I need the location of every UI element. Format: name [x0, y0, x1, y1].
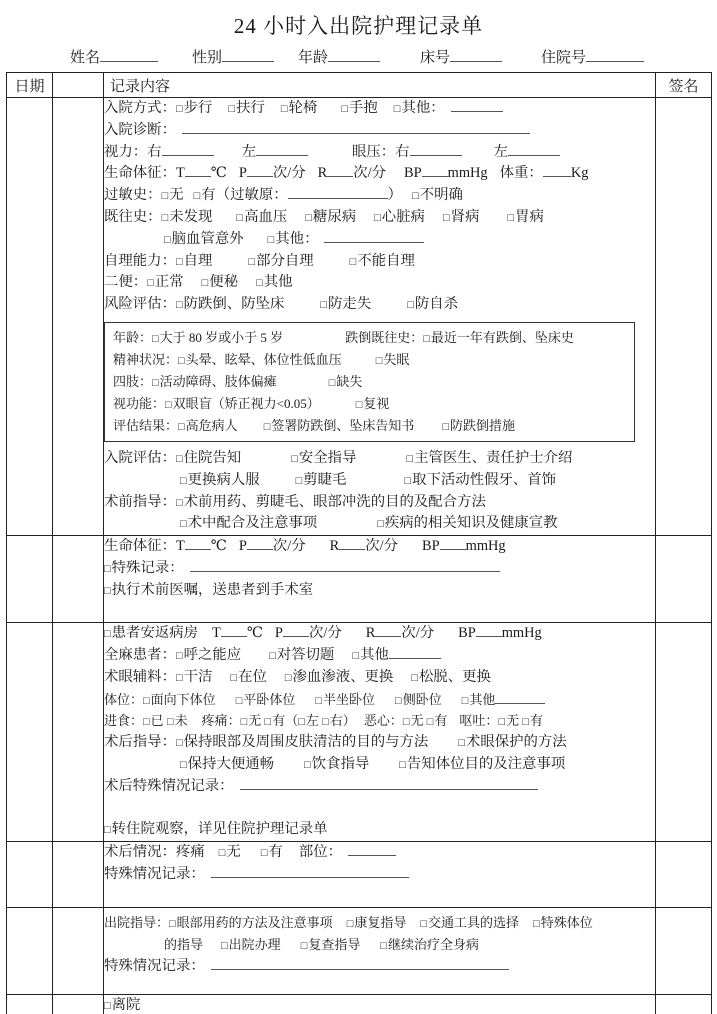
special-record-input[interactable] [190, 558, 500, 572]
preop-line: 术前指导：□术前用药、剪睫毛、眼部冲洗的目的及配合方法 [104, 492, 655, 514]
checkbox-icon[interactable]: □ [165, 394, 172, 416]
checkbox-icon[interactable]: □ [304, 755, 311, 777]
preop-execute-line: □执行术前医嘱，送患者到手术室 [104, 580, 655, 602]
time-cell[interactable] [53, 536, 104, 623]
checkbox-icon[interactable]: □ [407, 295, 414, 317]
checkbox-icon[interactable]: □ [395, 691, 402, 713]
checkbox-icon[interactable]: □ [411, 668, 418, 690]
checkbox-icon[interactable]: □ [162, 186, 169, 208]
checkbox-icon[interactable]: □ [281, 99, 288, 121]
checkbox-icon[interactable]: □ [347, 914, 354, 936]
checkbox-icon[interactable]: □ [423, 328, 430, 350]
post-status-content: 术后情况：疼痛□无□有部位： 特殊情况记录： [104, 842, 656, 908]
checkbox-icon[interactable]: □ [376, 350, 383, 372]
post-special-input[interactable] [211, 864, 409, 878]
checkbox-icon[interactable]: □ [403, 712, 410, 734]
checkbox-icon[interactable]: □ [356, 394, 363, 416]
pain-site-input[interactable] [348, 842, 396, 856]
date-cell[interactable] [7, 623, 53, 842]
checkbox-icon[interactable]: □ [176, 646, 183, 668]
checkbox-icon[interactable]: □ [420, 914, 427, 936]
checkbox-icon[interactable]: □ [104, 624, 111, 646]
checkbox-icon[interactable]: □ [305, 208, 312, 230]
date-cell[interactable] [7, 908, 53, 995]
diagnosis-input[interactable] [182, 120, 530, 134]
dressing-line: 术眼辅料：□干洁□在位□渗血渗液、更换□松脱、更换 [104, 667, 655, 689]
signature-cell[interactable] [656, 623, 712, 842]
respiration-input[interactable] [375, 623, 401, 637]
admission-no-label: 住院号 [541, 50, 586, 66]
checkbox-icon[interactable]: □ [315, 691, 322, 713]
time-cell[interactable] [53, 98, 104, 536]
preop-line-2: □术中配合及注意事项□疾病的相关知识及健康宣教 [104, 513, 655, 535]
checkbox-icon[interactable]: □ [176, 252, 183, 274]
table-row-admission: 入院方式：□步行□扶行□轮椅□手抱□其他： 入院诊断： 视力：右左眼压：右左 生… [7, 98, 712, 536]
postop-content: □患者安返病房T℃P次/分R次/分BPmmHg 全麻患者：□呼之能应□对答切题□… [104, 623, 656, 842]
checkbox-icon[interactable]: □ [176, 493, 183, 515]
pulse-input[interactable] [283, 623, 309, 637]
checkbox-icon[interactable]: □ [143, 691, 150, 713]
checkbox-icon[interactable]: □ [202, 273, 209, 295]
age-field[interactable]: 年龄 [298, 46, 380, 67]
diagnosis-line: 入院诊断： [104, 120, 655, 142]
bp-input[interactable] [476, 623, 502, 637]
history-line: 既往史：□未发现□高血压□糖尿病□心脏病□肾病□胃病 [104, 207, 655, 229]
checkbox-icon[interactable]: □ [442, 416, 449, 438]
discharge-special-line: 特殊情况记录： [104, 956, 655, 978]
checkbox-icon[interactable]: □ [256, 273, 263, 295]
table-row-post-status: 术后情况：疼痛□无□有部位： 特殊情况记录： [7, 842, 712, 908]
checkbox-icon[interactable]: □ [236, 208, 243, 230]
checkbox-icon[interactable]: □ [329, 372, 336, 394]
checkbox-icon[interactable]: □ [178, 416, 185, 438]
checkbox-icon[interactable]: □ [341, 99, 348, 121]
date-cell[interactable] [7, 98, 53, 536]
postop-guide-line-2: □保持大便通畅□饮食指导□告知体位目的及注意事项 [104, 754, 655, 776]
table-row-preop: 生命体征：T℃P次/分R次/分BPmmHg □特殊记录： □执行术前医嘱，送患者… [7, 536, 712, 623]
table-header-row: 日期 记录内容 签名 [7, 73, 712, 98]
checkbox-icon[interactable]: □ [164, 230, 171, 252]
age-label: 年龄 [298, 50, 328, 66]
checkbox-icon[interactable]: □ [352, 646, 359, 668]
checkbox-icon[interactable]: □ [507, 208, 514, 230]
checkbox-icon[interactable]: □ [498, 712, 505, 734]
name-label: 姓名 [70, 50, 100, 66]
signature-cell[interactable] [656, 842, 712, 908]
intake-line: 进食：□已 □未疼痛：□无 □有（□左 □右）恶心：□无 □有呕吐：□无 □有 [104, 710, 655, 732]
preop-vitals-line: 生命体征：T℃P次/分R次/分BPmmHg [104, 536, 655, 558]
admission-eval-line-2: □更换病人服□剪睫毛□取下活动性假牙、首饰 [104, 470, 655, 492]
date-cell[interactable] [7, 842, 53, 908]
header-blank [53, 73, 104, 98]
checkbox-icon[interactable]: □ [230, 668, 237, 690]
anesthesia-line: 全麻患者：□呼之能应□对答切题□其他 [104, 645, 655, 667]
checkbox-icon[interactable]: □ [291, 449, 298, 471]
checkbox-icon[interactable]: □ [265, 712, 272, 734]
time-cell[interactable] [53, 623, 104, 842]
header-signature: 签名 [656, 73, 712, 98]
checkbox-icon[interactable]: □ [522, 712, 529, 734]
checkbox-icon[interactable]: □ [285, 668, 292, 690]
checkbox-icon[interactable]: □ [236, 691, 243, 713]
checkbox-icon[interactable]: □ [176, 99, 183, 121]
vision-right-input[interactable] [162, 142, 214, 156]
postop-guide-line: 术后指导：□保持眼部及周围皮肤清洁的目的与方法□术眼保护的方法 [104, 732, 655, 754]
spacer [104, 798, 655, 820]
signature-cell[interactable] [656, 995, 712, 1014]
preop-content: 生命体征：T℃P次/分R次/分BPmmHg □特殊记录： □执行术前医嘱，送患者… [104, 536, 656, 623]
checkbox-icon[interactable]: □ [194, 186, 201, 208]
checkbox-icon[interactable]: □ [104, 820, 111, 842]
risk-line: 风险评估：□防跌倒、防坠床□防走失□防自杀 [104, 294, 655, 316]
checkbox-icon[interactable]: □ [228, 99, 235, 121]
checkbox-icon[interactable]: □ [443, 208, 450, 230]
checkbox-icon[interactable]: □ [298, 712, 305, 734]
checkbox-icon[interactable]: □ [221, 936, 228, 958]
checkbox-icon[interactable]: □ [104, 996, 111, 1014]
checkbox-icon[interactable]: □ [176, 668, 183, 690]
checkbox-icon[interactable]: □ [180, 471, 187, 493]
time-cell[interactable] [53, 842, 104, 908]
checkbox-icon[interactable]: □ [458, 733, 465, 755]
checkbox-icon[interactable]: □ [533, 914, 540, 936]
checkbox-icon[interactable]: □ [169, 914, 176, 936]
admission-mode-line: 入院方式：□步行□扶行□轮椅□手抱□其他： [104, 98, 655, 120]
checkbox-icon[interactable]: □ [322, 712, 329, 734]
checkbox-icon[interactable]: □ [380, 936, 387, 958]
checkbox-icon[interactable]: □ [241, 712, 248, 734]
date-cell[interactable] [7, 536, 53, 623]
checkbox-icon[interactable]: □ [152, 372, 159, 394]
checkbox-icon[interactable]: □ [264, 416, 271, 438]
temperature-input[interactable] [185, 536, 211, 550]
checkbox-icon[interactable]: □ [180, 514, 187, 536]
iop-right-input[interactable] [410, 142, 462, 156]
vision-left-input[interactable] [256, 142, 308, 156]
self-care-line: 自理能力：□自理□部分自理□不能自理 [104, 251, 655, 273]
position-line: 体位：□面向下体位□平卧体位□半坐卧位□侧卧位□其他 [104, 689, 655, 711]
checkbox-icon[interactable]: □ [399, 755, 406, 777]
risk-limbs-line: 四肢：□活动障碍、肢体偏瘫□缺失 [113, 371, 634, 393]
discharge-guide-content: 出院指导：□眼部用药的方法及注意事项□康复指导□交通工具的选择□特殊体位 的指导… [104, 908, 656, 995]
checkbox-icon[interactable]: □ [178, 350, 185, 372]
checkbox-icon[interactable]: □ [180, 755, 187, 777]
admission-content: 入院方式：□步行□扶行□轮椅□手抱□其他： 入院诊断： 视力：右左眼压：右左 生… [104, 98, 656, 536]
checkbox-icon[interactable]: □ [176, 733, 183, 755]
checkbox-icon[interactable]: □ [152, 328, 159, 350]
bp-input[interactable] [422, 163, 448, 177]
risk-age-line: 年龄：□大于 80 岁或小于 5 岁跌倒既往史：□最近一年有跌倒、坠床史 [113, 327, 634, 349]
gender-label: 性别 [192, 50, 222, 66]
anesthesia-other-input[interactable] [389, 645, 441, 659]
signature-cell[interactable] [656, 98, 712, 536]
checkbox-icon[interactable]: □ [176, 449, 183, 471]
pulse-input[interactable] [247, 163, 273, 177]
pain-line: 术后情况：疼痛□无□有部位： [104, 842, 655, 864]
checkbox-icon[interactable]: □ [269, 646, 276, 668]
leave-line: □离院 [104, 995, 655, 1014]
discharge-special-input[interactable] [211, 956, 509, 970]
checkbox-icon[interactable]: □ [296, 471, 303, 493]
checkbox-icon[interactable]: □ [261, 843, 268, 865]
respiration-input[interactable] [327, 163, 353, 177]
table-row-leave: □离院 [7, 995, 712, 1014]
bp-input[interactable] [440, 536, 466, 550]
checkbox-icon[interactable]: □ [219, 843, 226, 865]
checkbox-icon[interactable]: □ [377, 514, 384, 536]
checkbox-icon[interactable]: □ [176, 295, 183, 317]
history-other-input[interactable] [324, 229, 424, 243]
checkbox-icon[interactable]: □ [406, 449, 413, 471]
preop-special-line: □特殊记录： [104, 558, 655, 580]
allergen-input[interactable] [288, 185, 388, 199]
name-field[interactable]: 姓名 [70, 46, 158, 67]
position-other-input[interactable] [495, 690, 545, 704]
gender-field[interactable]: 性别 [192, 46, 274, 67]
checkbox-icon[interactable]: □ [462, 691, 469, 713]
checkbox-icon[interactable]: □ [162, 208, 169, 230]
allergy-line: 过敏史：□无□有（过敏原：）□不明确 [104, 185, 655, 207]
temperature-input[interactable] [221, 623, 247, 637]
postop-special-input[interactable] [240, 776, 538, 790]
admission-eval-line: 入院评估：□住院告知□安全指导□主管医生、责任护士介绍 [104, 448, 655, 470]
checkbox-icon[interactable]: □ [427, 712, 434, 734]
checkbox-icon[interactable]: □ [104, 559, 111, 581]
checkbox-icon[interactable]: □ [301, 936, 308, 958]
checkbox-icon[interactable]: □ [167, 712, 174, 734]
time-cell[interactable] [53, 995, 104, 1014]
header-date: 日期 [7, 73, 53, 98]
checkbox-icon[interactable]: □ [404, 471, 411, 493]
signature-cell[interactable] [656, 908, 712, 995]
fall-risk-box: 年龄：□大于 80 岁或小于 5 岁跌倒既往史：□最近一年有跌倒、坠床史 精神状… [104, 322, 635, 442]
checkbox-icon[interactable]: □ [350, 252, 357, 274]
admission-no-field[interactable]: 住院号 [541, 46, 644, 67]
excretion-line: 二便：□正常□便秘□其他 [104, 272, 655, 294]
checkbox-icon[interactable]: □ [374, 208, 381, 230]
checkbox-icon[interactable]: □ [104, 581, 111, 603]
transfer-line: □转住院观察，详见住院护理记录单 [104, 819, 655, 841]
vitals-line: 生命体征：T℃P次/分R次/分BPmmHg体重：Kg [104, 163, 655, 185]
risk-mental-line: 精神状况：□头晕、眩晕、体位性低血压□失眠 [113, 349, 634, 371]
other-input[interactable] [451, 98, 503, 112]
checkbox-icon[interactable]: □ [320, 295, 327, 317]
bed-field[interactable]: 床号 [420, 46, 502, 67]
checkbox-icon[interactable]: □ [147, 273, 154, 295]
iop-left-input[interactable] [508, 142, 560, 156]
return-vitals-line: □患者安返病房T℃P次/分R次/分BPmmHg [104, 623, 655, 645]
checkbox-icon[interactable]: □ [143, 712, 150, 734]
page-title: 24 小时入出院护理记录单 [0, 10, 717, 40]
discharge-guide-line: 出院指导：□眼部用药的方法及注意事项□康复指导□交通工具的选择□特殊体位 [104, 912, 655, 934]
checkbox-icon[interactable]: □ [248, 252, 255, 274]
weight-input[interactable] [543, 163, 571, 177]
vision-line: 视力：右左眼压：右左 [104, 142, 655, 164]
history-line-2: □脑血管意外□其他： [104, 229, 655, 251]
checkbox-icon[interactable]: □ [394, 99, 401, 121]
temperature-input[interactable] [185, 163, 211, 177]
leave-content: □离院 [104, 995, 656, 1014]
table-row-discharge-guide: 出院指导：□眼部用药的方法及注意事项□康复指导□交通工具的选择□特殊体位 的指导… [7, 908, 712, 995]
risk-visual-line: 视功能：□双眼盲（矫正视力<0.05）□复视 [113, 393, 634, 415]
time-cell[interactable] [53, 908, 104, 995]
risk-result-line: 评估结果：□高危病人□签署防跌倒、坠床告知书□防跌倒措施 [113, 415, 634, 437]
checkbox-icon[interactable]: □ [412, 186, 419, 208]
checkbox-icon[interactable]: □ [268, 230, 275, 252]
header-content: 记录内容 [104, 73, 656, 98]
date-cell[interactable] [7, 995, 53, 1014]
record-table: 日期 记录内容 签名 入院方式：□步行□扶行□轮椅□手抱□其他： 入院诊断： 视… [6, 72, 712, 1014]
bed-label: 床号 [420, 50, 450, 66]
respiration-input[interactable] [339, 536, 365, 550]
table-row-postop: □患者安返病房T℃P次/分R次/分BPmmHg 全麻患者：□呼之能应□对答切题□… [7, 623, 712, 842]
post-special-line: 特殊情况记录： [104, 864, 655, 886]
signature-cell[interactable] [656, 536, 712, 623]
postop-special-line: 术后特殊情况记录： [104, 776, 655, 798]
pulse-input[interactable] [247, 536, 273, 550]
discharge-guide-line-2: 的指导□出院办理□复查指导□继续治疗全身病 [104, 934, 655, 956]
